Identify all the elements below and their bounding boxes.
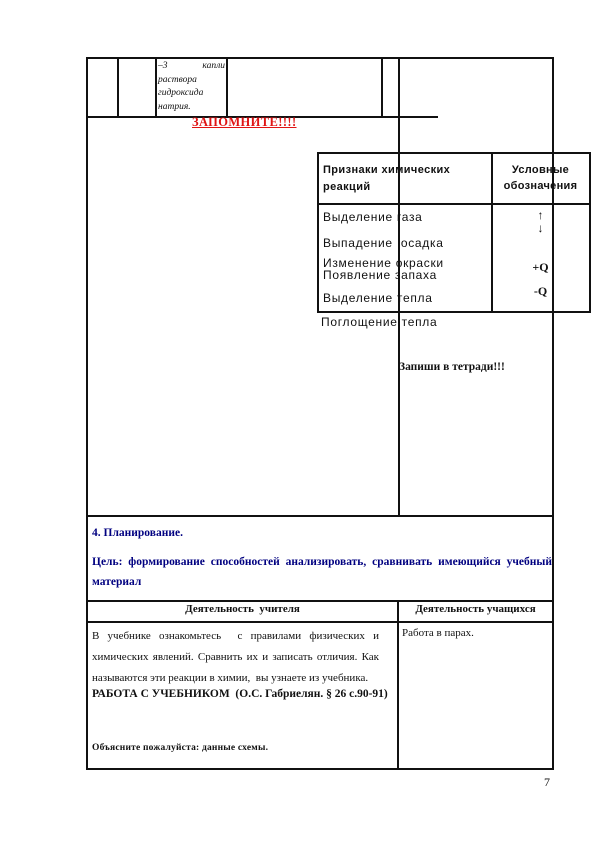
border-line — [552, 57, 554, 770]
symbol-down-arrow: ↓ — [491, 221, 590, 236]
document-page: –3 капли раствора гидроксида натрия. ЗАП… — [0, 0, 595, 842]
teacher-activity-text: В учебнике ознакомьтесь с правилами физи… — [92, 626, 379, 689]
border-line — [317, 311, 591, 313]
write-in-notebook-note: Запиши в тетради!!! — [399, 361, 505, 373]
border-line — [86, 57, 88, 770]
border-line — [117, 57, 119, 118]
sign-label-gas: Выделение газа — [323, 210, 423, 224]
signs-table-header-signs: Признаки химических реакций — [323, 162, 485, 196]
border-line — [398, 57, 400, 517]
border-line — [155, 57, 157, 118]
students-activity-text: Работа в парах. — [402, 627, 474, 639]
border-line — [317, 203, 591, 205]
border-line — [86, 768, 554, 770]
border-line — [317, 152, 591, 154]
sign-label-odor: Появление запаха — [323, 268, 437, 282]
border-line — [86, 515, 554, 517]
students-activity-header: Деятельность учащихся — [397, 603, 554, 615]
planning-goal: Цель: формирование способностей анализир… — [92, 552, 552, 592]
teacher-activity-header: Деятельность учителя — [88, 603, 397, 615]
sign-label-precipitate: Выпадение осадка — [323, 236, 444, 250]
remember-heading: ЗАПОМНИТЕ!!!! — [192, 115, 297, 130]
border-line — [226, 57, 228, 118]
explain-request: Объясните пожалуйста: данные схемы. — [92, 743, 268, 753]
page-number: 7 — [544, 775, 550, 790]
border-line — [86, 621, 554, 623]
border-line — [397, 600, 399, 770]
border-line — [317, 152, 319, 313]
textbook-work-note: РАБОТА С УЧЕБНИКОМ (О.С. Габриелян. § 26… — [92, 688, 388, 700]
absorb-heat-note: Поглощение тепла — [321, 315, 437, 329]
signs-table-header-symbols: Условные обозначения — [491, 162, 590, 194]
sign-label-heat-release: Выделение тепла — [323, 291, 433, 305]
planning-title: 4. Планирование. — [92, 527, 183, 539]
symbol-minus-q: -Q — [491, 284, 590, 299]
reagent-note: –3 капли раствора гидроксида натрия. — [158, 60, 225, 114]
border-line — [86, 600, 554, 602]
symbol-plus-q: +Q — [491, 260, 590, 275]
border-line — [381, 57, 383, 118]
